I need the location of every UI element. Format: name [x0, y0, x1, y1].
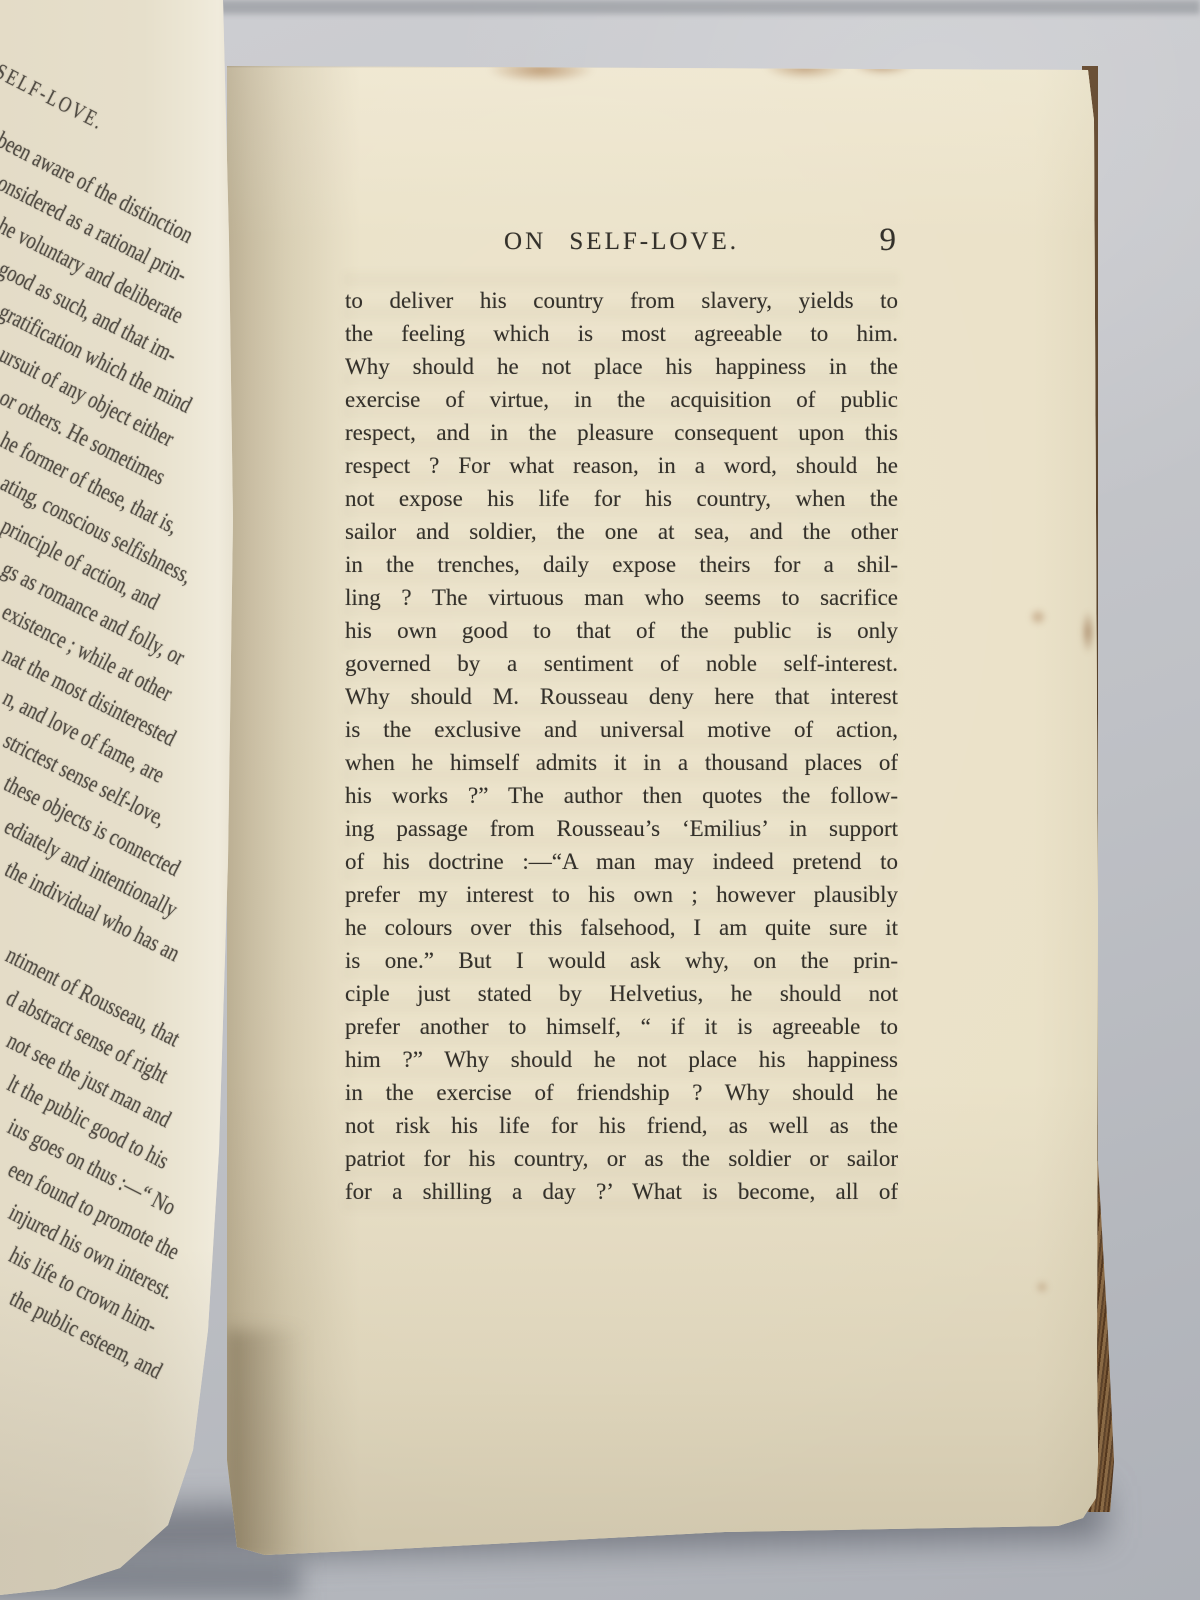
foxing-spot — [763, 54, 847, 80]
running-head: ON SELF-LOVE. — [345, 228, 898, 256]
body-text: to deliver his country from slavery, yie… — [345, 284, 898, 1208]
text-line: not risk his life for his friend, as wel… — [345, 1109, 898, 1142]
foxing-spot — [1081, 610, 1095, 654]
text-line: in the trenches, daily expose theirs for… — [345, 548, 898, 581]
right-page: ON SELF-LOVE. 9 to deliver his country f… — [225, 60, 1105, 1560]
left-page: SELF-LOVE. been aware of the distinction… — [0, 0, 248, 1600]
text-line: not expose his life for his country, whe… — [345, 482, 898, 515]
text-line: exercise of virtue, in the acquisition o… — [345, 383, 898, 416]
backdrop-top-shadow — [140, 0, 1200, 14]
text-line: the feeling which is most agreeable to h… — [345, 317, 898, 350]
foxing-spot — [1035, 1280, 1049, 1294]
text-line: his own good to that of the public is on… — [345, 614, 898, 647]
text-line: him ?” Why should he not place his happi… — [345, 1043, 898, 1076]
photo-backdrop: ON SELF-LOVE. 9 to deliver his country f… — [0, 0, 1200, 1600]
text-line: his works ?” The author then quotes the … — [345, 779, 898, 812]
text-line: ing passage from Rousseau’s ‘Emilius’ in… — [345, 812, 898, 845]
text-line: for a shilling a day ?’ What is become, … — [345, 1175, 898, 1208]
foxing-spot — [487, 57, 595, 83]
text-line: the public esteem, and — [2, 1280, 19, 1314]
text-line: when he himself admits it in a thousand … — [345, 746, 898, 779]
foxing-spot — [851, 52, 915, 76]
page-header: ON SELF-LOVE. 9 — [345, 228, 898, 270]
text-line: injured his own interest. — [2, 1194, 19, 1228]
text-line: respect, and in the pleasure consequent … — [345, 416, 898, 449]
text-line: respect ? For what reason, in a word, sh… — [345, 449, 898, 482]
text-line: d abstract sense of right — [0, 980, 22, 1017]
text-line: prefer another to himself, “ if it is ag… — [345, 1010, 898, 1043]
text-line: is the exclusive and universal motive of… — [345, 713, 898, 746]
text-line: Why should he not place his happiness in… — [345, 350, 898, 383]
text-line: governed by a sentiment of noble self-in… — [345, 647, 898, 680]
text-line: not see the just man and — [0, 1023, 17, 1057]
foxing-spot — [1029, 608, 1047, 626]
text-line: to deliver his country from slavery, yie… — [345, 284, 898, 317]
page-number: 9 — [880, 222, 897, 259]
text-line: patriot for his country, or as the soldi… — [345, 1142, 898, 1175]
text-line: is one.” But I would ask why, on the pri… — [345, 944, 898, 977]
text-line: sailor and soldier, the one at sea, and … — [345, 515, 898, 548]
text-line: Why should M. Rousseau deny here that in… — [345, 680, 898, 713]
text-line: he colours over this falsehood, I am qui… — [345, 911, 898, 944]
gutter-crease-shadow — [225, 1330, 305, 1560]
text-line: of his doctrine :—“A man may indeed pret… — [345, 845, 898, 878]
text-line: ius goes on thus :—“ No — [1, 1109, 18, 1143]
text-line: prefer my interest to his own ; however … — [345, 878, 898, 911]
text-line: lt the public good to his — [0, 1066, 17, 1100]
text-line: his life to crown him- — [2, 1237, 19, 1271]
text-line: ling ? The virtuous man who seems to sac… — [345, 581, 898, 614]
text-line: ciple just stated by Helvetius, he shoul… — [345, 977, 898, 1010]
text-line: in the exercise of friendship ? Why shou… — [345, 1076, 898, 1109]
text-line: een found to promote the — [1, 1151, 18, 1185]
